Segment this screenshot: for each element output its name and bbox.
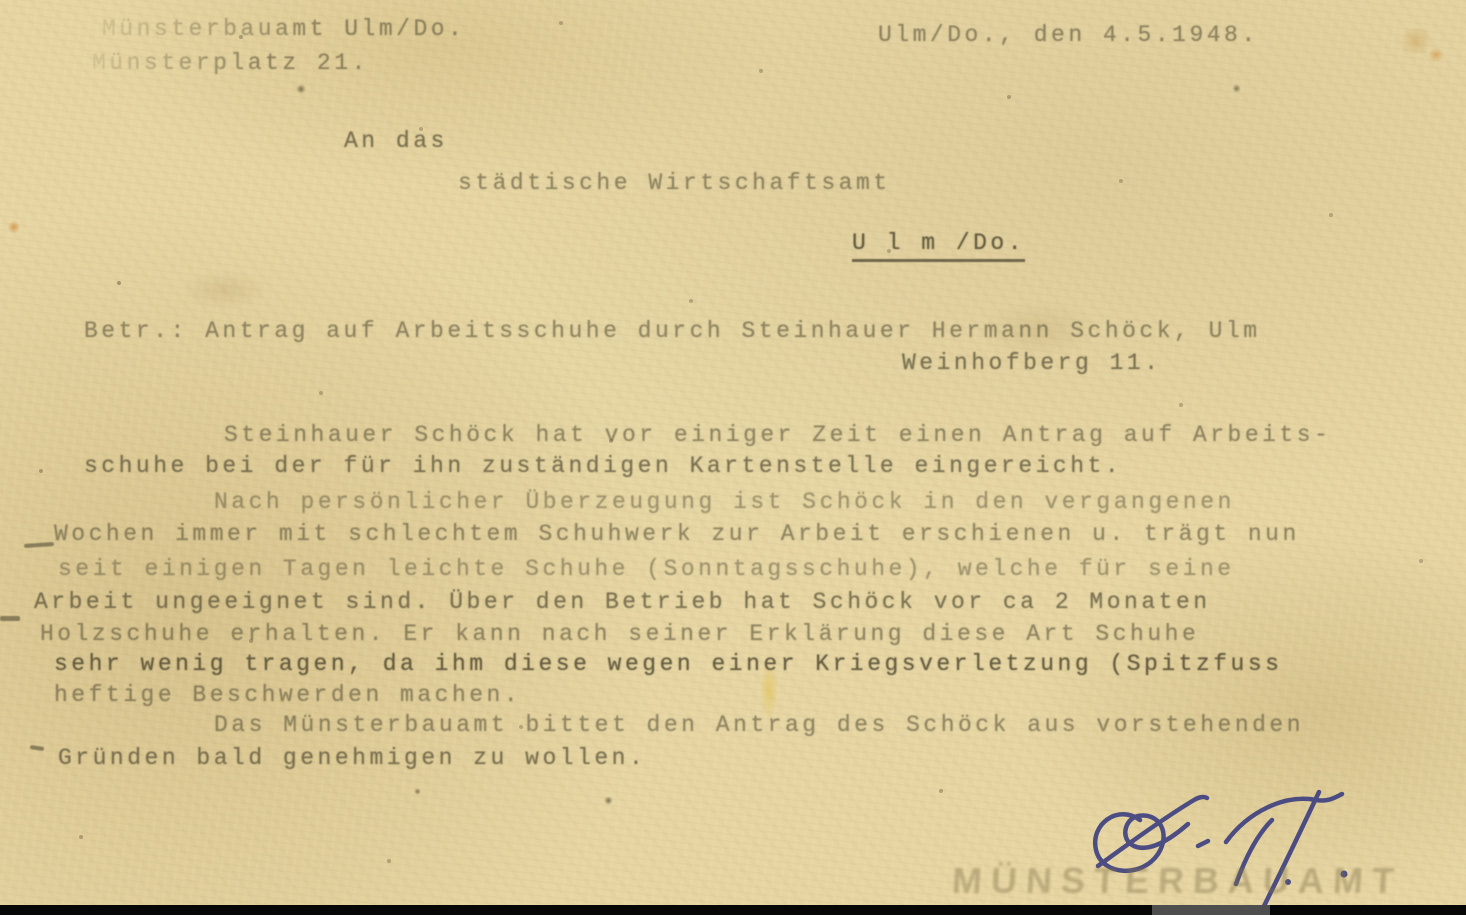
stain xyxy=(414,788,421,795)
ghost-stamp-text: MÜNSTERBAUAMT xyxy=(951,860,1404,902)
body-line: schuhe bei der für ihn zuständigen Karte… xyxy=(84,453,1122,479)
paper-speckles xyxy=(0,0,2,2)
scanned-letter-page: Münsterbauamt Ulm/Do. Münsterplatz 21. U… xyxy=(0,0,1466,915)
recipient-intro: An das xyxy=(344,128,448,154)
date-line: Ulm/Do., den 4.5.1948. xyxy=(878,22,1259,48)
scan-edge-bar xyxy=(0,905,1466,915)
body-line: Steinhauer Schöck hat vor einiger Zeit e… xyxy=(224,422,1331,448)
body-line: heftige Beschwerden machen. xyxy=(54,682,521,708)
body-line: Arbeit ungeeignet sind. Über den Betrieb… xyxy=(34,589,1211,615)
recipient-city-underlined: U l m /Do. xyxy=(852,230,1025,262)
subject-line-1: Betr.: Antrag auf Arbeitsschuhe durch St… xyxy=(84,318,1261,344)
body-line: sehr wenig tragen, da ihm diese wegen ei… xyxy=(54,651,1282,677)
stain xyxy=(1428,48,1444,62)
margin-mark xyxy=(24,542,54,548)
sender-address: Münsterplatz 21. xyxy=(92,50,369,76)
margin-mark xyxy=(0,616,20,621)
recipient-office: städtische Wirtschaftsamt xyxy=(458,170,891,196)
stain xyxy=(1396,28,1436,54)
body-line: Das Münsterbauamt bittet den Antrag des … xyxy=(214,712,1304,738)
stain xyxy=(1232,84,1241,93)
stain xyxy=(296,84,306,94)
scan-edge-bar-segment xyxy=(1152,905,1270,915)
body-line: Holzschuhe erhalten. Er kann nach seiner… xyxy=(40,621,1199,647)
subject-line-2: Weinhofberg 11. xyxy=(902,350,1162,376)
stain xyxy=(8,220,20,234)
body-line: Wochen immer mit schlechtem Schuhwerk zu… xyxy=(54,521,1300,547)
stain xyxy=(180,270,270,310)
stain xyxy=(604,796,613,805)
body-line: Gründen bald genehmigen zu wollen. xyxy=(58,745,646,771)
body-line: Nach persönlicher Überzeugung ist Schöck… xyxy=(214,489,1235,515)
body-line: seit einigen Tagen leichte Schuhe (Sonnt… xyxy=(58,556,1235,582)
sender-name: Münsterbauamt Ulm/Do. xyxy=(102,16,465,42)
margin-mark xyxy=(30,745,44,751)
